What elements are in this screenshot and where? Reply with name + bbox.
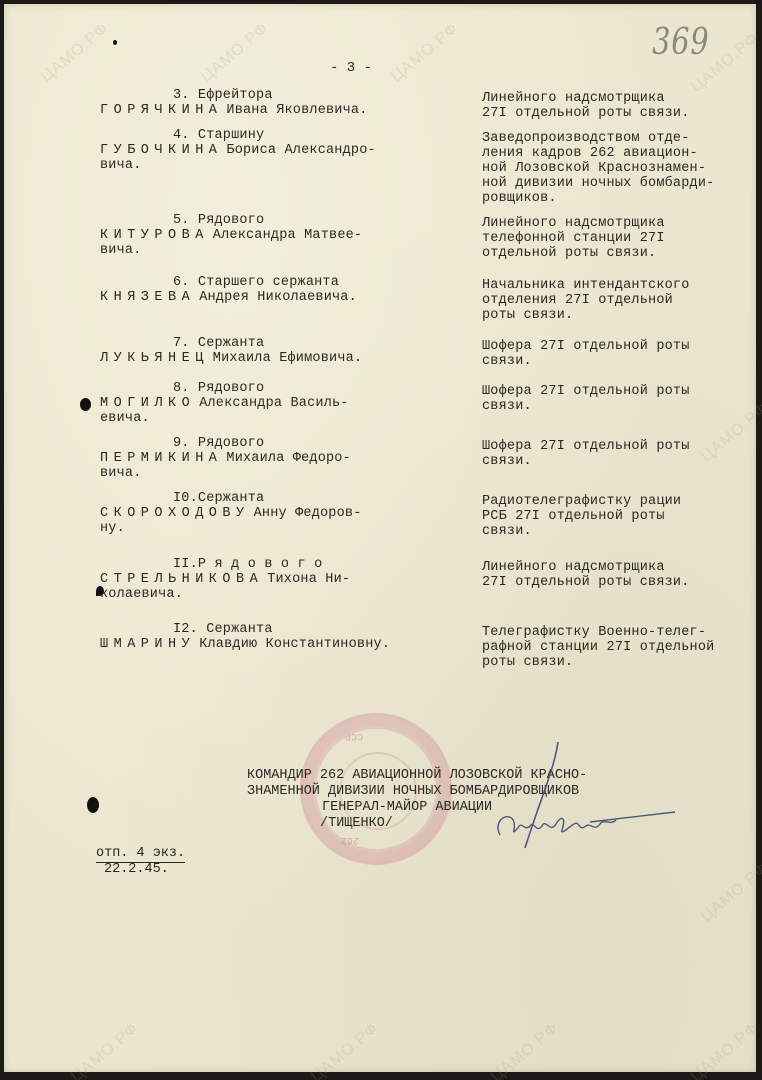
- entry-position: Линейного надсмотрщика: [482, 91, 665, 106]
- entry-position: ной Лозовской Краснознамен-: [482, 161, 706, 176]
- entry-rank: I0.Сержанта: [173, 491, 264, 506]
- entry-position: рафной станции 27I отдельной: [482, 640, 714, 655]
- entry-position: 27I отдельной роты связи.: [482, 106, 690, 121]
- entry-surname: ШМАРИНУ: [100, 637, 195, 652]
- ink-blot: [96, 586, 104, 596]
- watermark: ЦАМО.РФ: [198, 20, 273, 87]
- entry-rank: 7. Сержанта: [173, 336, 264, 351]
- entry-surname: СКОРОХОДОВУ: [100, 506, 250, 521]
- entry-surname: КИТУРОВА: [100, 228, 209, 243]
- entry-given-name: Анну Федоров-: [254, 506, 362, 521]
- entry-rank: 4. Старшину: [173, 128, 264, 143]
- entry-position: Шофера 27I отдельной роты: [482, 339, 690, 354]
- entry-position: роты связи.: [482, 308, 573, 323]
- entry-given-name: Андрея Николаевича.: [199, 290, 357, 305]
- entry-given-name: вича.: [100, 158, 142, 173]
- entry-given-name: Михаила Федоро-: [226, 451, 351, 466]
- entry-rank: I2. Сержанта: [173, 622, 273, 637]
- document-date: 22.2.45.: [104, 862, 169, 877]
- watermark: ЦАМО.РФ: [698, 400, 762, 467]
- entry-given-name: ну.: [100, 521, 125, 536]
- entry-position: телефонной станции 27I: [482, 231, 665, 246]
- entry-given-name: евича.: [100, 411, 150, 426]
- entry-given-name: Клавдию Константиновну.: [199, 637, 390, 652]
- entry-surname: МОГИЛКО: [100, 396, 195, 411]
- entry-position: связи.: [482, 399, 532, 414]
- entry-position: ровщиков.: [482, 191, 557, 206]
- handwritten-signature: [470, 740, 690, 850]
- entry-rank: 6. Старшего сержанта: [173, 275, 339, 290]
- entry-position: отделения 27I отдельной: [482, 293, 673, 308]
- ink-blot: [80, 398, 91, 411]
- watermark: ЦАМО.РФ: [488, 1020, 563, 1080]
- archive-page-number: 369: [652, 22, 709, 63]
- entry-position: 27I отдельной роты связи.: [482, 575, 690, 590]
- entry-position: Шофера 27I отдельной роты: [482, 439, 690, 454]
- entry-position: связи.: [482, 454, 532, 469]
- entry-given-name: Александра Василь-: [199, 396, 348, 411]
- watermark: ЦАМО.РФ: [698, 860, 762, 927]
- entry-given-name: Михаила Ефимовича.: [213, 351, 362, 366]
- entry-position: Линейного надсмотрщика: [482, 560, 665, 575]
- entry-position: Линейного надсмотрщика: [482, 216, 665, 231]
- entry-surname: ЛУКЬЯНЕЦ: [100, 351, 209, 366]
- entry-rank: 3. Ефрейтора: [173, 88, 273, 103]
- ink-blot: [87, 797, 99, 813]
- entry-given-name: вича.: [100, 243, 142, 258]
- watermark: ЦАМО.РФ: [38, 20, 113, 87]
- commander-name: /ТИЩЕНКО/: [320, 816, 393, 831]
- ink-blot: [113, 40, 117, 45]
- entry-surname: КНЯЗЕВА: [100, 290, 195, 305]
- copies-note: отп. 4 экз.: [96, 846, 185, 861]
- entry-position: связи.: [482, 524, 532, 539]
- entry-given-name: Александра Матвее-: [213, 228, 362, 243]
- entry-given-name: Бориса Александро-: [226, 143, 375, 158]
- entry-given-name: вича.: [100, 466, 142, 481]
- entry-position: ления кадров 262 авиацион-: [482, 146, 698, 161]
- entry-surname: ГУБОЧКИНА: [100, 143, 222, 158]
- entry-given-name: Тихона Ни-: [267, 572, 350, 587]
- entry-position: связи.: [482, 354, 532, 369]
- entry-rank: II.Р я д о в о г о: [173, 557, 322, 572]
- entry-rank: 5. Рядового: [173, 213, 264, 228]
- entry-position: Шофера 27I отдельной роты: [482, 384, 690, 399]
- commander-rank: ГЕНЕРАЛ-МАЙОР АВИАЦИИ: [322, 800, 492, 815]
- watermark: ЦАМО.РФ: [68, 1020, 143, 1080]
- stamp-text-bottom: 262: [341, 834, 359, 845]
- page-number: - 3 -: [330, 60, 372, 76]
- entry-position: Радиотелеграфистку рации: [482, 494, 681, 509]
- watermark: ЦАМО.РФ: [388, 20, 463, 87]
- entry-surname: ГОРЯЧКИНА: [100, 103, 222, 118]
- entry-given-name: колаевича.: [100, 587, 183, 602]
- entry-surname: ПЕРМИКИНА: [100, 451, 222, 466]
- entry-rank: 9. Рядового: [173, 436, 264, 451]
- entry-position: Начальника интендантского: [482, 278, 690, 293]
- watermark: ЦАМО.РФ: [688, 1020, 762, 1080]
- watermark: ЦАМО.РФ: [308, 1020, 383, 1080]
- entry-position: отдельной роты связи.: [482, 246, 656, 261]
- entry-position: ной дивизии ночных бомбарди-: [482, 176, 714, 191]
- entry-position: роты связи.: [482, 655, 573, 670]
- entry-position: Заведопроизводством отде-: [482, 131, 690, 146]
- stamp-text-top: ССР: [345, 730, 363, 741]
- entry-given-name: Ивана Яковлевича.: [226, 103, 367, 118]
- entry-surname: СТРЕЛЬНИКОВА: [100, 572, 263, 587]
- entry-rank: 8. Рядового: [173, 381, 264, 396]
- entry-position: РСБ 27I отдельной роты: [482, 509, 665, 524]
- entry-position: Телеграфистку Военно-телег-: [482, 625, 706, 640]
